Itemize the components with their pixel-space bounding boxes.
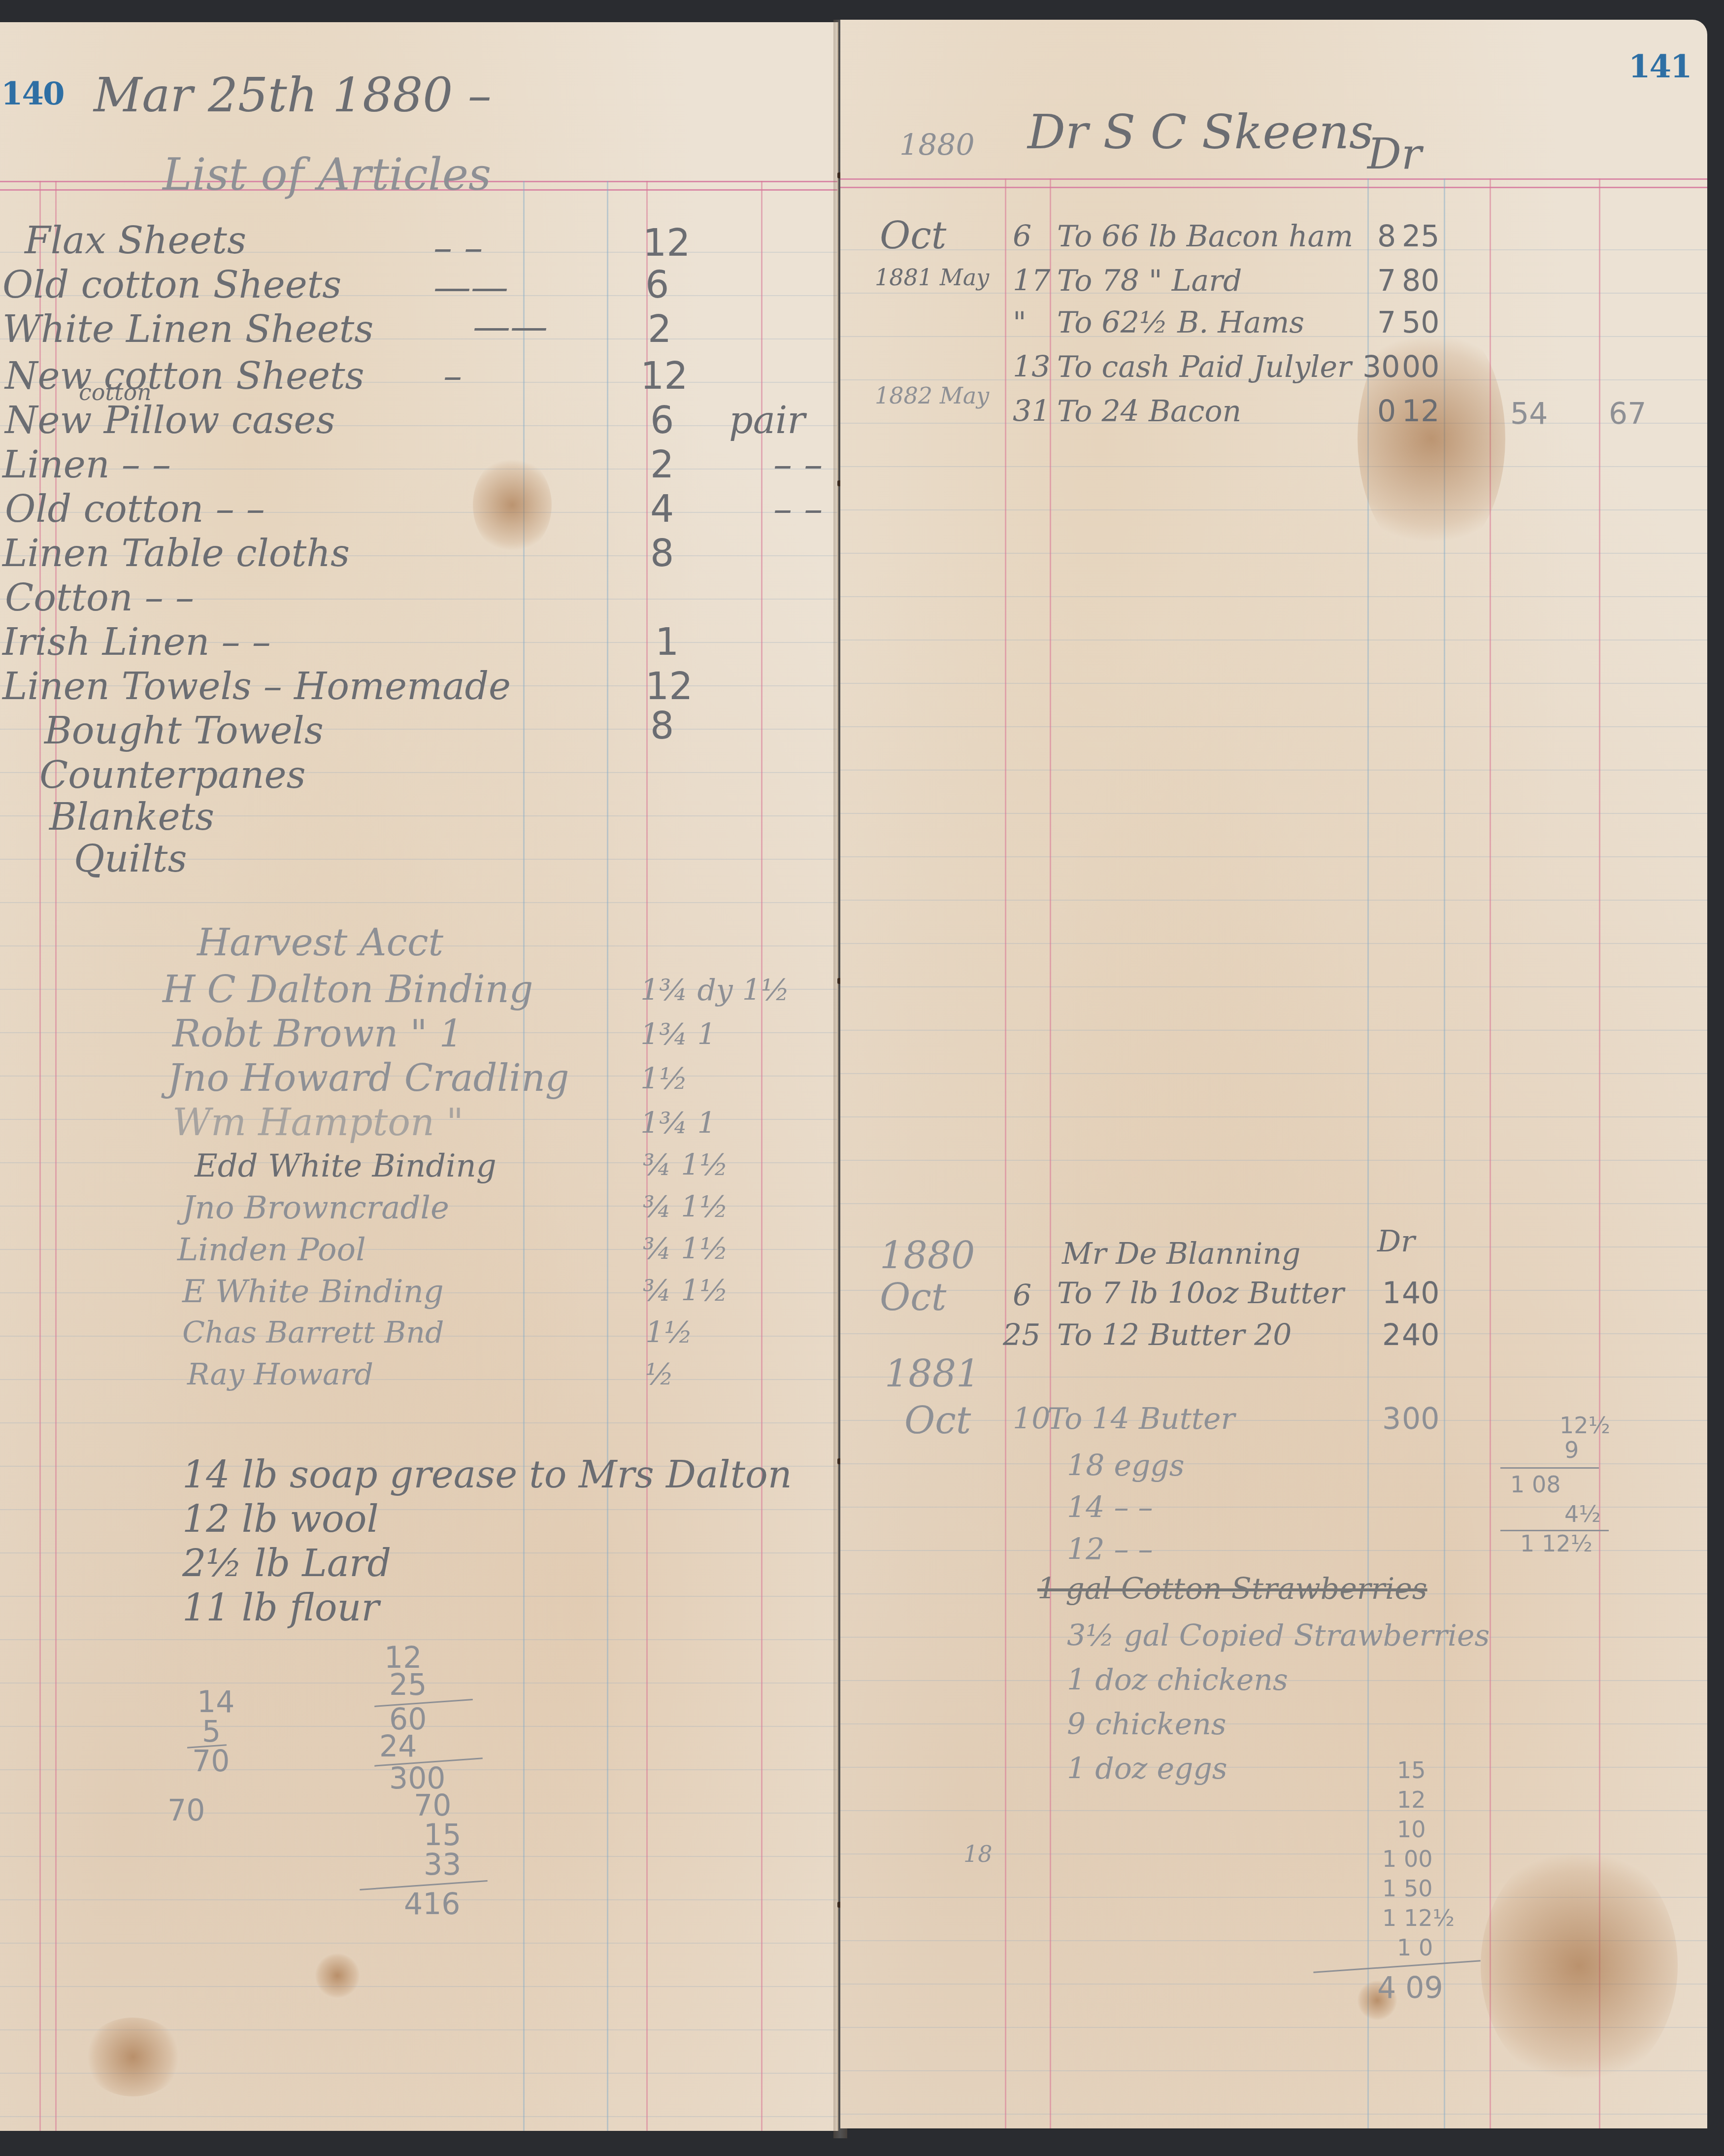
calc-value: 12 — [1397, 1788, 1426, 1811]
article-qty: 6 — [645, 266, 669, 303]
article-item: Cotton – – — [5, 579, 194, 616]
header-rule — [840, 178, 1707, 188]
calc-value: 5 — [202, 1717, 221, 1747]
harvest-row-name: Jno Browncradle — [182, 1192, 449, 1224]
harvest-row-value: 1¾ dy 1½ — [640, 976, 790, 1005]
article-qty: 12 — [640, 357, 688, 395]
stain — [1481, 1843, 1678, 2089]
column-rule — [761, 181, 763, 2131]
note-line: 11 lb flour — [182, 1589, 379, 1626]
left-ledger-page: 140 Mar 25th 1880 – List of Articles Fla… — [0, 22, 838, 2131]
entry-day: 17 — [1013, 266, 1050, 296]
article-qty: 1 — [655, 623, 679, 661]
entry-cents: 50 — [1402, 308, 1439, 337]
entry-day: " — [1013, 308, 1027, 337]
harvest-row-name: Chas Barrett Bnd — [182, 1318, 444, 1347]
entry-day: 25 — [1003, 1320, 1040, 1350]
article-dashes: —— — [433, 269, 508, 306]
entry-month: 1882 May — [875, 384, 989, 407]
entry-dollars: 3 — [1382, 1404, 1401, 1434]
calc-value: 70 — [192, 1747, 230, 1776]
account-suffix: Dr — [1377, 1227, 1415, 1256]
entry-month: Oct — [904, 1402, 971, 1439]
article-qty: 12 — [643, 224, 691, 262]
stain — [473, 456, 552, 554]
entry-day: 6 — [1013, 1281, 1031, 1311]
entry-dollars: 1 — [1382, 1279, 1401, 1308]
article-item: Blankets — [49, 798, 214, 836]
total-cents: 67 — [1609, 399, 1646, 429]
entry-dollars: 0 — [1377, 397, 1396, 426]
entry-dollars: 7 — [1377, 308, 1396, 337]
article-item: Old cotton Sheets — [2, 266, 341, 303]
total-dollars: 54 — [1510, 399, 1548, 429]
harvest-row-value: 1½ — [640, 1064, 688, 1094]
entry-dollars: 8 — [1377, 222, 1396, 251]
margin-note: 18 — [963, 1843, 993, 1865]
ruled-lines — [840, 207, 1707, 2128]
harvest-row-value: 1½ — [645, 1318, 693, 1347]
entry-cents: 00 — [1402, 1404, 1439, 1434]
article-dashes: – – — [433, 229, 483, 267]
entry-description: To 14 Butter — [1047, 1404, 1235, 1434]
account-year: 1880 — [880, 1237, 975, 1274]
article-item: Linen – – — [2, 446, 171, 483]
harvest-row-name: Ray Howard — [187, 1360, 373, 1389]
calc-value: 70 — [167, 1796, 205, 1825]
calc-value: 70 — [414, 1791, 451, 1820]
entry-day: 6 — [1013, 222, 1031, 251]
article-qty: 8 — [650, 535, 674, 572]
entry-day: 10 — [1013, 1404, 1050, 1434]
calc-total: 416 — [404, 1889, 461, 1919]
right-ledger-page: 141 1880 Dr S C Skeens Dr Oct 6 To 66 lb… — [840, 20, 1707, 2128]
calc-value: 1 12½ — [1382, 1907, 1455, 1929]
date-heading: Mar 25th 1880 – — [94, 71, 492, 119]
harvest-row-name: Wm Hampton " — [172, 1104, 464, 1141]
account-name: Dr S C Skeens — [1028, 108, 1373, 156]
article-qty: 4 — [650, 490, 674, 528]
entry-cents: 40 — [1402, 1320, 1439, 1350]
article-item: Linen Towels – Homemade — [2, 668, 511, 705]
harvest-row-name: Jno Howard Cradling — [167, 1059, 569, 1097]
calc-value: 14 — [197, 1687, 234, 1717]
article-dashes: – – — [773, 446, 823, 483]
harvest-row-name: E White Binding — [182, 1276, 444, 1308]
total-column-rule — [1599, 178, 1600, 2128]
article-qty: 2 — [650, 446, 674, 483]
section-title: List of Articles — [163, 153, 491, 197]
calc-value: 33 — [424, 1850, 461, 1880]
article-qty: 2 — [648, 310, 671, 348]
calc-value: 1 50 — [1382, 1877, 1432, 1900]
calc-value: 1 08 — [1510, 1473, 1560, 1496]
note-line: 12 lb wool — [182, 1500, 379, 1538]
article-qty: 8 — [650, 707, 674, 744]
entry-description: To 7 lb 10oz Butter — [1057, 1279, 1344, 1308]
calc-value: 9 — [1564, 1439, 1579, 1461]
calc-value: 25 — [389, 1670, 427, 1700]
entry-description: To 62½ B. Hams — [1057, 308, 1304, 337]
article-item: Irish Linen – – — [2, 623, 271, 661]
stain — [84, 2018, 182, 2096]
column-rule — [607, 181, 608, 2131]
harvest-title: Harvest Acct — [197, 924, 443, 961]
calc-total: 4 09 — [1377, 1973, 1443, 2003]
entry-dollars: 7 — [1377, 266, 1396, 296]
account-year: 1880 — [899, 131, 975, 160]
harvest-row-value: ¾ 1½ — [643, 1276, 729, 1306]
entry-month: Oct — [880, 217, 946, 254]
article-item: Quilts — [74, 840, 187, 877]
entry-description: To 12 Butter 20 — [1057, 1320, 1292, 1350]
calc-value: 15 — [1397, 1759, 1426, 1782]
note-line: 14 lb soap grease to Mrs Dalton — [182, 1456, 792, 1493]
list-item: 14 – – — [1067, 1493, 1153, 1522]
article-dashes: —— — [473, 308, 548, 345]
note-line: 2½ lb Lard — [182, 1545, 391, 1582]
harvest-row-value: 1¾ 1 — [640, 1109, 716, 1138]
harvest-row-name: H C Dalton Binding — [163, 971, 533, 1008]
article-qty: 12 — [645, 668, 693, 705]
entry-day: 31 — [1013, 397, 1050, 426]
entry-description: To cash Paid Julyler — [1057, 352, 1352, 382]
list-item: 18 eggs — [1067, 1451, 1185, 1481]
entry-cents: 00 — [1402, 352, 1439, 382]
calc-value: 1 00 — [1382, 1848, 1432, 1870]
list-item: 1 doz chickens — [1067, 1665, 1288, 1695]
entry-description: To 24 Bacon — [1057, 397, 1241, 426]
entry-month: 1881 — [885, 1355, 980, 1392]
entry-dollars: 2 — [1382, 1320, 1401, 1350]
day-column-rule — [1050, 178, 1051, 2128]
entry-description: To 78 " Lard — [1057, 266, 1242, 296]
calc-value: 1 0 — [1397, 1936, 1433, 1959]
date-column-rule — [1005, 178, 1006, 2128]
calc-value: 4½ — [1564, 1503, 1601, 1525]
entry-cents: 25 — [1402, 222, 1439, 251]
harvest-row-name: Edd White Binding — [195, 1150, 497, 1182]
entry-month: Oct — [880, 1279, 946, 1316]
calc-value: 1 12½ — [1520, 1532, 1592, 1555]
calc-value: 12½ — [1559, 1414, 1610, 1437]
harvest-row-value: 1¾ 1 — [640, 1020, 716, 1049]
calc-rule — [1500, 1467, 1599, 1469]
list-item: 1 doz eggs — [1067, 1754, 1227, 1784]
harvest-row-name: Robt Brown " 1 — [172, 1015, 463, 1052]
page-number: 141 — [1628, 48, 1691, 85]
article-item: New cotton Sheets — [5, 357, 364, 395]
article-item: Old cotton – – — [5, 490, 265, 528]
calc-value: 10 — [1397, 1818, 1426, 1841]
harvest-row-name: Linden Pool — [177, 1234, 366, 1266]
article-item: Linen Table cloths — [2, 535, 350, 572]
entry-cents: 80 — [1402, 266, 1439, 296]
page-number: 140 — [1, 75, 64, 112]
entry-dollars: 30 — [1362, 352, 1400, 382]
article-item: Flax Sheets — [25, 222, 246, 259]
harvest-row-value: ¾ 1½ — [643, 1192, 729, 1222]
struck-list-item: 1 gal Cotton Strawberries — [1037, 1574, 1427, 1604]
list-item: 9 chickens — [1067, 1710, 1227, 1739]
calc-value: 24 — [379, 1732, 417, 1761]
entry-cents: 40 — [1402, 1279, 1439, 1308]
entry-month: 1881 May — [875, 266, 989, 289]
article-item: Counterpanes — [39, 756, 306, 794]
article-dashes: – — [443, 357, 462, 395]
account-suffix: Dr — [1367, 133, 1422, 175]
article-unit: pair — [729, 402, 805, 439]
article-item: Bought Towels — [44, 712, 324, 749]
calc-value: 15 — [424, 1820, 461, 1850]
account-name: Mr De Blanning — [1062, 1239, 1300, 1269]
harvest-row-value: ¾ 1½ — [643, 1234, 729, 1264]
harvest-row-value: ¾ 1½ — [643, 1150, 729, 1180]
entry-cents: 12 — [1402, 397, 1439, 426]
article-item: New Pillow cases — [5, 402, 335, 439]
list-item: 12 – – — [1067, 1535, 1153, 1564]
harvest-row-value: ½ — [645, 1360, 674, 1389]
entry-description: To 66 lb Bacon ham — [1057, 222, 1353, 251]
article-qty: 6 — [650, 402, 674, 439]
entry-day: 13 — [1013, 352, 1050, 382]
article-dashes: – – — [773, 490, 823, 528]
article-item: White Linen Sheets — [2, 310, 373, 348]
list-item: 3½ gal Copied Strawberries — [1067, 1621, 1490, 1651]
stain — [315, 1954, 360, 1998]
